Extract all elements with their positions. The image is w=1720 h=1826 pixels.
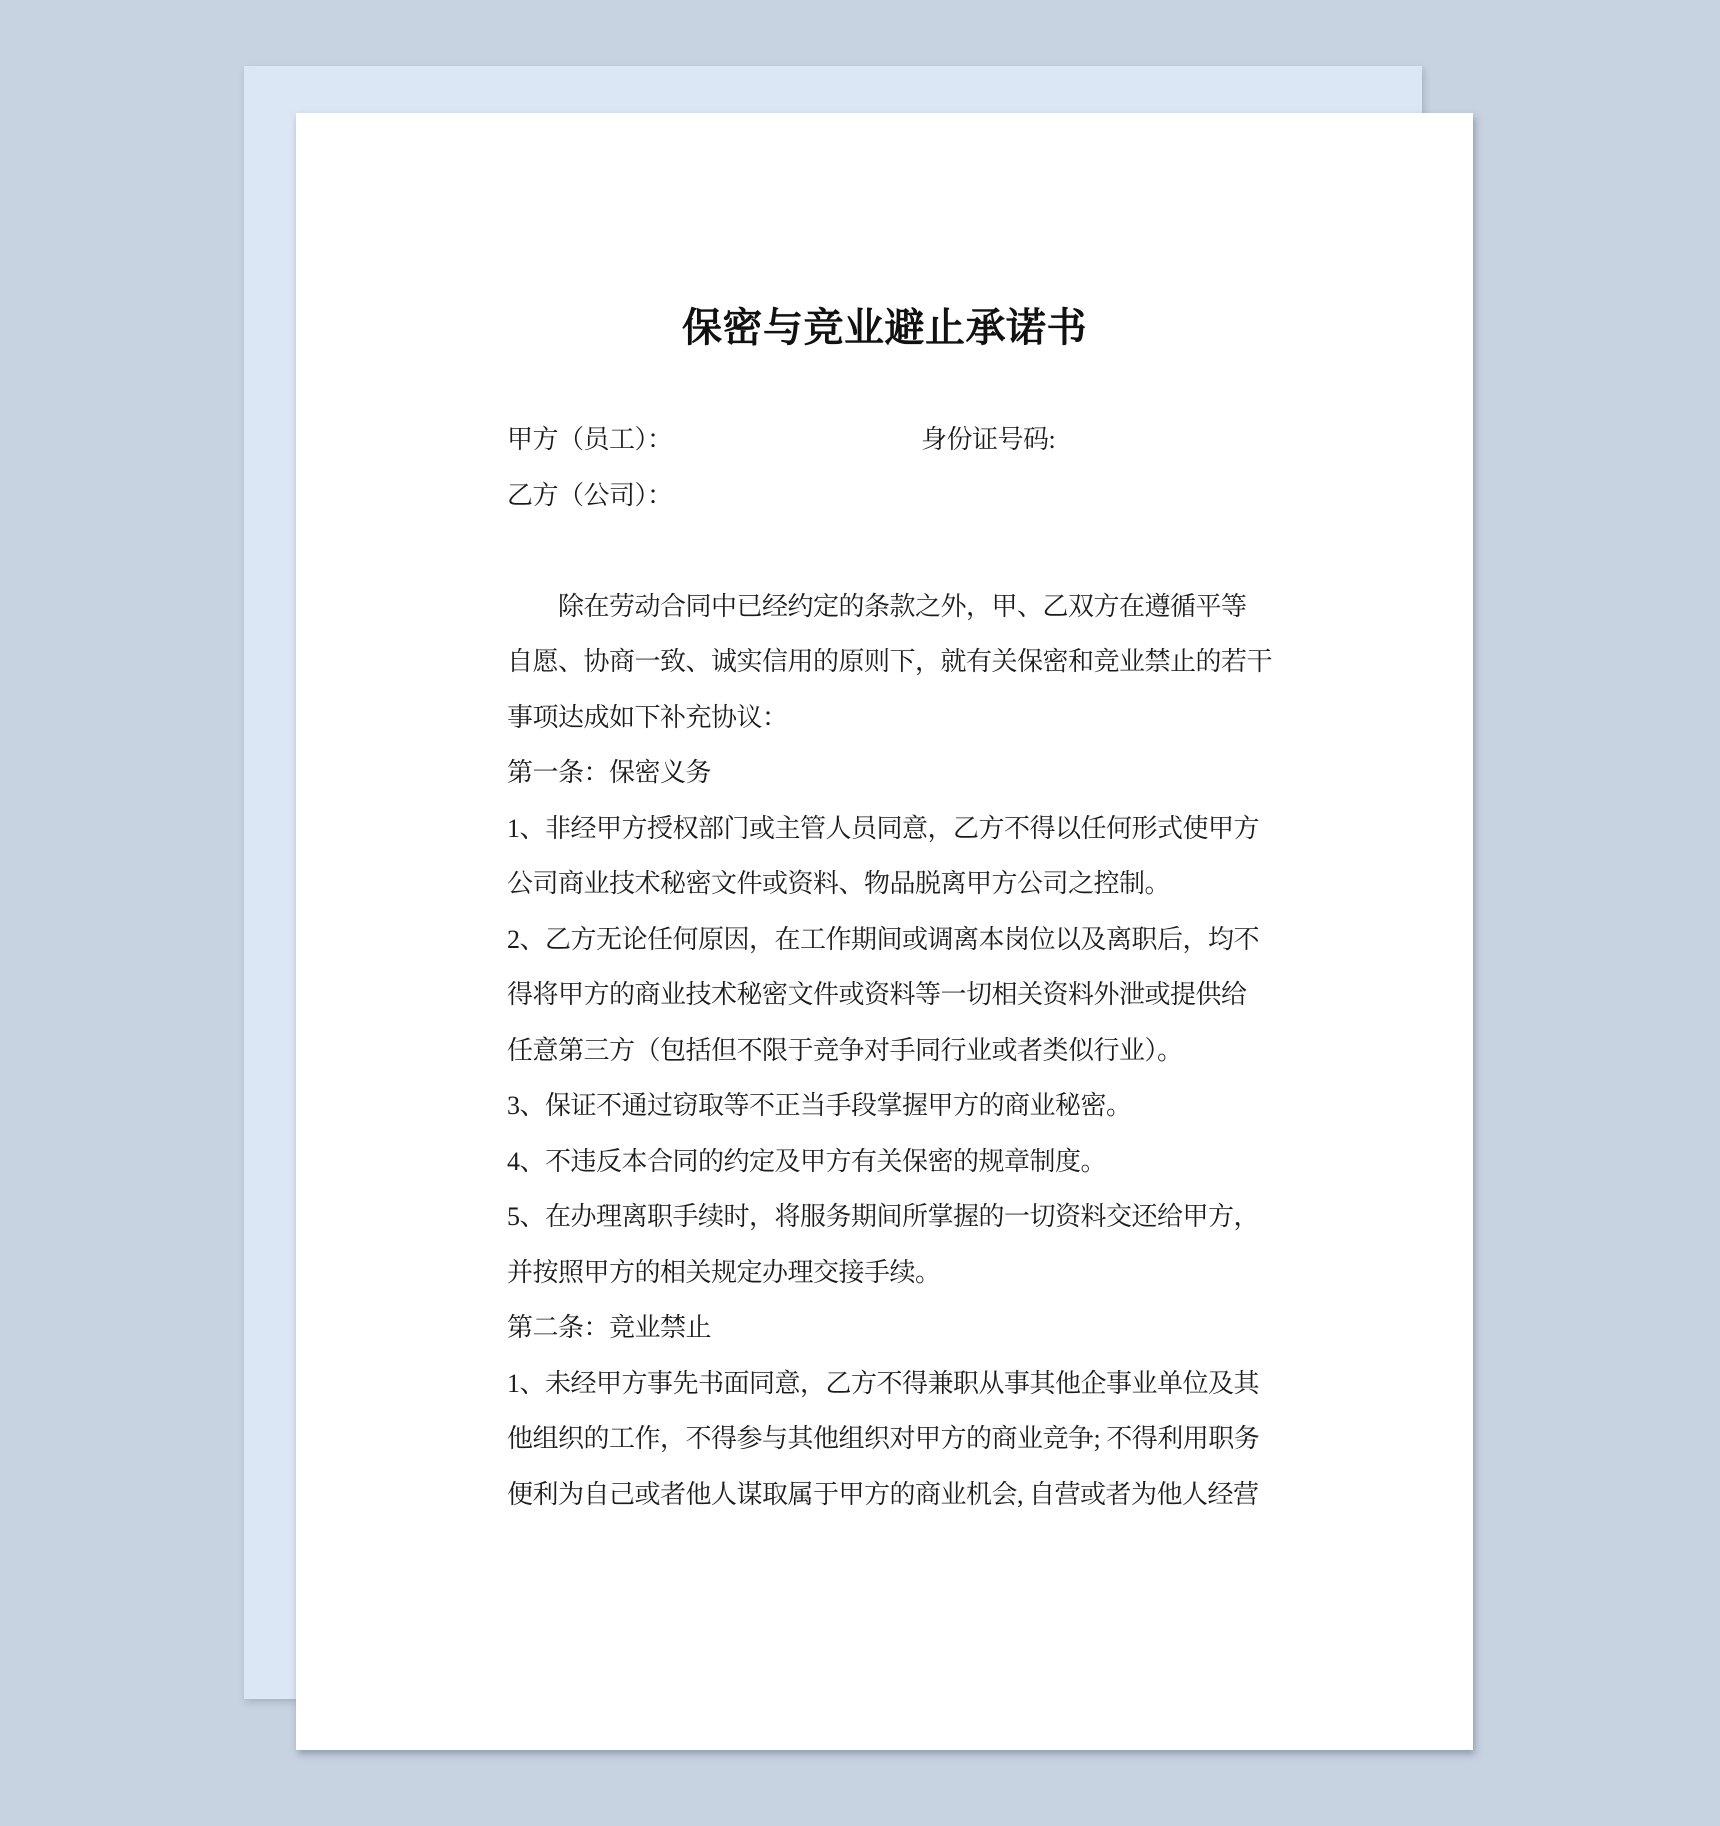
document-line: 并按照甲方的相关规定办理交接手续。 [507, 1243, 1277, 1299]
document-line: 第二条：竞业禁止 [507, 1298, 1277, 1354]
document-line: 任意第三方（包括但不限于竞争对手同行业或者类似行业）。 [507, 1021, 1277, 1077]
body-lines: 除在劳动合同中已经约定的条款之外，甲、乙双方在遵循平等自愿、协商一致、诚实信用的… [507, 577, 1277, 1521]
document-line: 1、非经甲方授权部门或主管人员同意，乙方不得以任何形式使甲方 [507, 799, 1277, 855]
document-line: 1、未经甲方事先书面同意，乙方不得兼职从事其他企事业单位及其 [507, 1354, 1277, 1410]
document-page: 保密与竞业避止承诺书 甲方（员工）： 身份证号码: 乙方（公司）： 除在劳动合同… [296, 113, 1473, 1750]
document-line: 公司商业技术秘密文件或资料、物品脱离甲方公司之控制。 [507, 854, 1277, 910]
party-b-label: 乙方（公司）： [507, 475, 673, 512]
canvas-background: 保密与竞业避止承诺书 甲方（员工）： 身份证号码: 乙方（公司）： 除在劳动合同… [0, 0, 1720, 1826]
document-line: 便利为自己或者他人谋取属于甲方的商业机会, 自营或者为他人经营 [507, 1465, 1277, 1521]
blank-line [507, 521, 1277, 577]
document-line: 事项达成如下补充协议： [507, 688, 1277, 744]
document-line: 2、乙方无论任何原因，在工作期间或调离本岗位以及离职后，均不 [507, 910, 1277, 966]
document-line: 第一条：保密义务 [507, 743, 1277, 799]
document-line: 5、在办理离职手续时，将服务期间所掌握的一切资料交还给甲方， [507, 1187, 1277, 1243]
document-line: 3、保证不通过窃取等不正当手段掌握甲方的商业秘密。 [507, 1076, 1277, 1132]
document-line: 除在劳动合同中已经约定的条款之外，甲、乙双方在遵循平等 [507, 577, 1277, 633]
document-line: 他组织的工作，不得参与其他组织对甲方的商业竞争; 不得利用职务 [507, 1409, 1277, 1465]
document-line: 自愿、协商一致、诚实信用的原则下，就有关保密和竞业禁止的若干 [507, 632, 1277, 688]
party-a-row: 甲方（员工）： 身份证号码: [507, 410, 1277, 466]
document-line: 得将甲方的商业技术秘密文件或资料等一切相关资料外泄或提供给 [507, 965, 1277, 1021]
party-b-row: 乙方（公司）： [507, 466, 1277, 522]
party-a-label: 甲方（员工）： [507, 419, 673, 456]
document-line: 4、不违反本合同的约定及甲方有关保密的规章制度。 [507, 1132, 1277, 1188]
document-body: 甲方（员工）： 身份证号码: 乙方（公司）： 除在劳动合同中已经约定的条款之外，… [507, 410, 1277, 1520]
document-title: 保密与竞业避止承诺书 [296, 306, 1473, 350]
id-number-label: 身份证号码: [921, 410, 1055, 466]
